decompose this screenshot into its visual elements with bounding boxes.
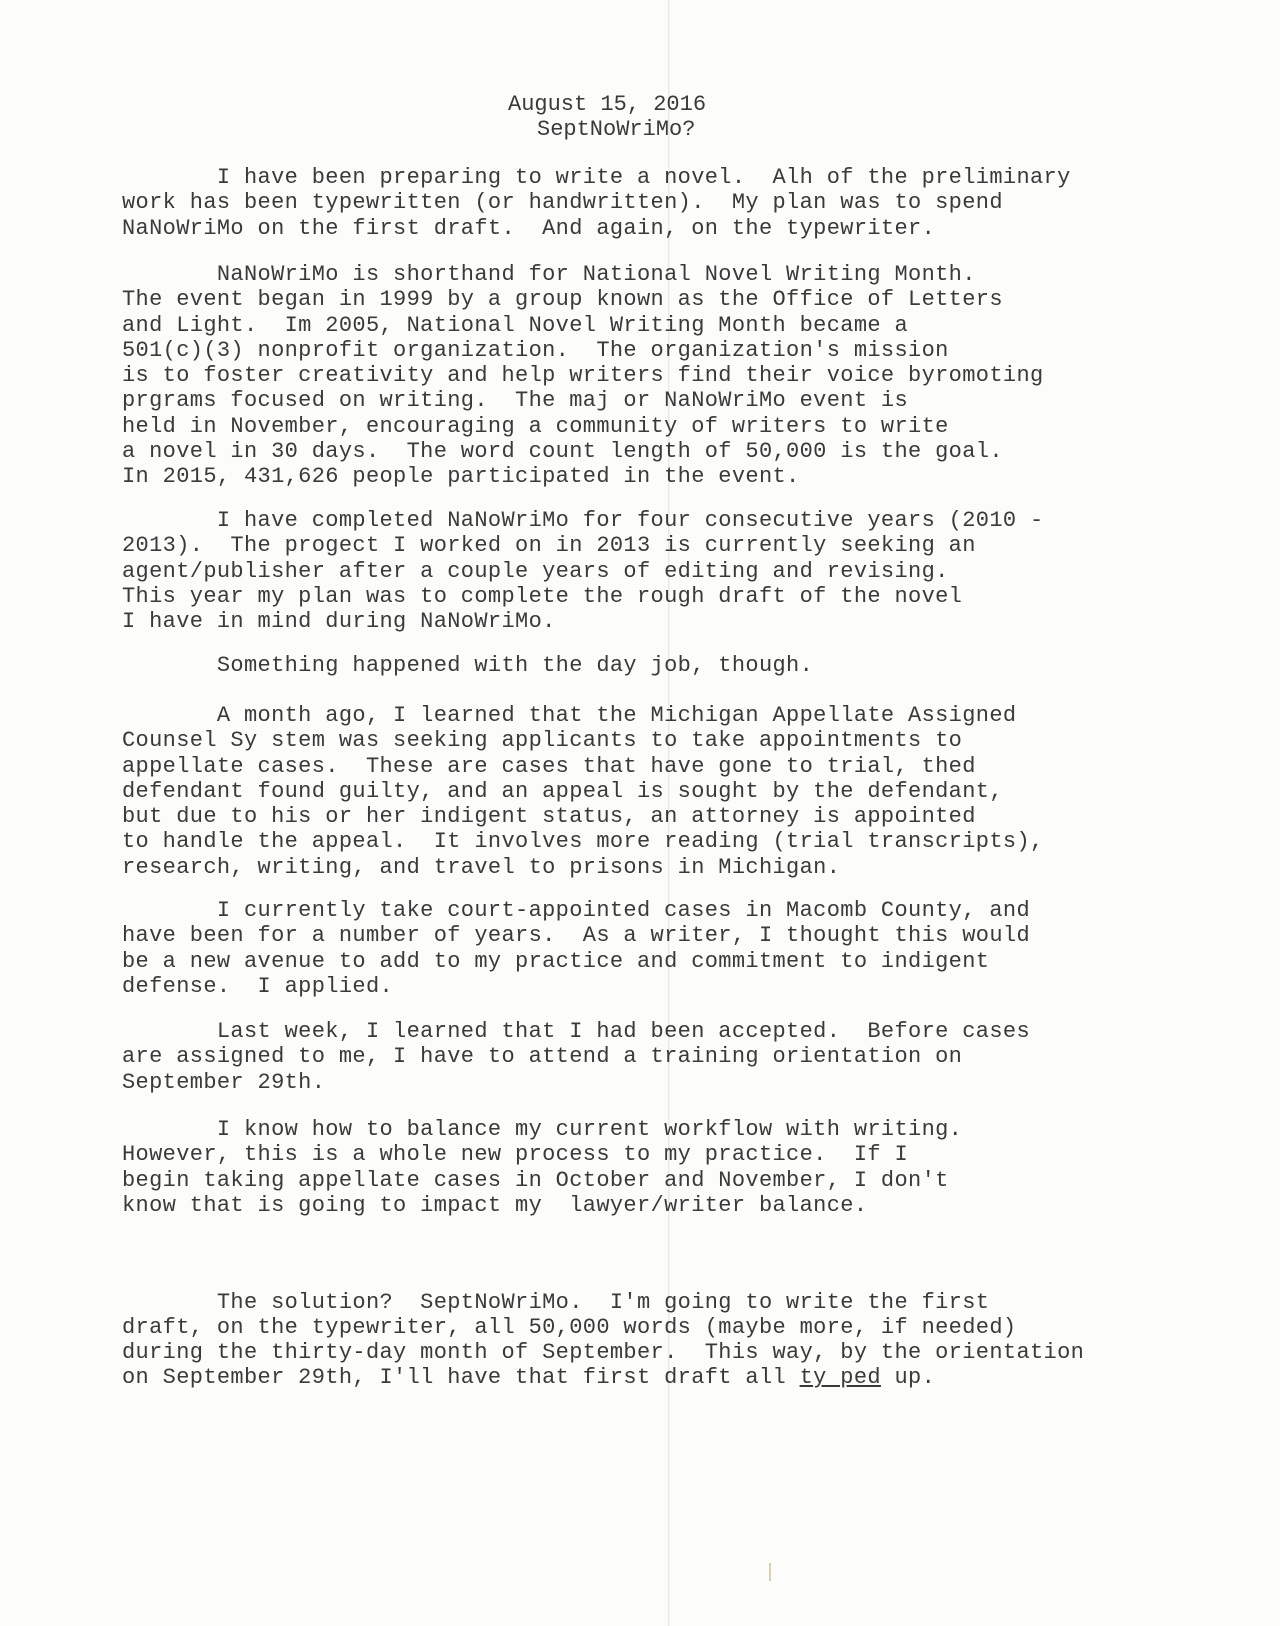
text-line: defense. I applied.	[122, 974, 1202, 999]
text-line: draft, on the typewriter, all 50,000 wor…	[122, 1315, 1202, 1340]
text-segment: up.	[881, 1365, 935, 1390]
paragraph-day-job: Something happened with the day job, tho…	[122, 653, 1202, 678]
text-line: Counsel Sy stem was seeking applicants t…	[122, 728, 1202, 753]
text-line: I have been preparing to write a novel. …	[122, 165, 1202, 190]
text-line: is to foster creativity and help writers…	[122, 363, 1202, 388]
paragraph-intro: I have been preparing to write a novel. …	[122, 165, 1202, 241]
text-line: held in November, encouraging a communit…	[122, 414, 1202, 439]
paragraph-appellate-system: A month ago, I learned that the Michigan…	[122, 703, 1202, 880]
paragraph-nanowrimo-definition: NaNoWriMo is shorthand for National Nove…	[122, 262, 1202, 490]
document-date: August 15, 2016	[508, 92, 706, 117]
text-line: know that is going to impact my lawyer/w…	[122, 1193, 1202, 1218]
text-line: I have completed NaNoWriMo for four cons…	[122, 508, 1202, 533]
text-line: have been for a number of years. As a wr…	[122, 923, 1202, 948]
text-line: NaNoWriMo is shorthand for National Nove…	[122, 262, 1202, 287]
text-line: research, writing, and travel to prisons…	[122, 855, 1202, 880]
paragraph-court-appointed: I currently take court-appointed cases i…	[122, 898, 1202, 999]
text-line: 2013). The progect I worked on in 2013 i…	[122, 533, 1202, 558]
text-line: 501(c)(3) nonprofit organization. The or…	[122, 338, 1202, 363]
text-line: I currently take court-appointed cases i…	[122, 898, 1202, 923]
paragraph-accepted: Last week, I learned that I had been acc…	[122, 1019, 1202, 1095]
text-line: A month ago, I learned that the Michigan…	[122, 703, 1202, 728]
text-line: Something happened with the day job, tho…	[122, 653, 1202, 678]
text-line: a novel in 30 days. The word count lengt…	[122, 439, 1202, 464]
text-line: during the thirty-day month of September…	[122, 1340, 1202, 1365]
text-line: on September 29th, I'll have that first …	[122, 1365, 1202, 1390]
text-line: The solution? SeptNoWriMo. I'm going to …	[122, 1290, 1202, 1315]
document-title: SeptNoWriMo?	[537, 117, 695, 142]
text-line: Last week, I learned that I had been acc…	[122, 1019, 1202, 1044]
text-line: prgrams focused on writing. The maj or N…	[122, 388, 1202, 413]
text-line: are assigned to me, I have to attend a t…	[122, 1044, 1202, 1069]
text-line: and Light. Im 2005, National Novel Writi…	[122, 313, 1202, 338]
text-line: I know how to balance my current workflo…	[122, 1117, 1202, 1142]
text-line: September 29th.	[122, 1070, 1202, 1095]
text-line: defendant found guilty, and an appeal is…	[122, 779, 1202, 804]
text-line: This year my plan was to complete the ro…	[122, 584, 1202, 609]
document-page: August 15, 2016 SeptNoWriMo? I have been…	[0, 0, 1280, 1626]
text-line: The event began in 1999 by a group known…	[122, 287, 1202, 312]
text-line: begin taking appellate cases in October …	[122, 1168, 1202, 1193]
underlined-word: ty ped	[800, 1365, 881, 1390]
text-line: I have in mind during NaNoWriMo.	[122, 609, 1202, 634]
paragraph-solution: The solution? SeptNoWriMo. I'm going to …	[122, 1239, 1202, 1391]
text-line: but due to his or her indigent status, a…	[122, 804, 1202, 829]
text-line: However, this is a whole new process to …	[122, 1142, 1202, 1167]
text-line: to handle the appeal. It involves more r…	[122, 829, 1202, 854]
text-line: NaNoWriMo on the first draft. And again,…	[122, 216, 1202, 241]
text-line: appellate cases. These are cases that ha…	[122, 754, 1202, 779]
paragraph-balance: I know how to balance my current workflo…	[122, 1117, 1202, 1218]
text-segment: on September 29th, I'll have that first …	[122, 1365, 800, 1390]
text-line: be a new avenue to add to my practice an…	[122, 949, 1202, 974]
paper-mark	[769, 1563, 771, 1581]
text-line: In 2015, 431,626 people participated in …	[122, 464, 1202, 489]
paragraph-past-completion: I have completed NaNoWriMo for four cons…	[122, 508, 1202, 634]
text-line: work has been typewritten (or handwritte…	[122, 190, 1202, 215]
text-line: agent/publisher after a couple years of …	[122, 559, 1202, 584]
